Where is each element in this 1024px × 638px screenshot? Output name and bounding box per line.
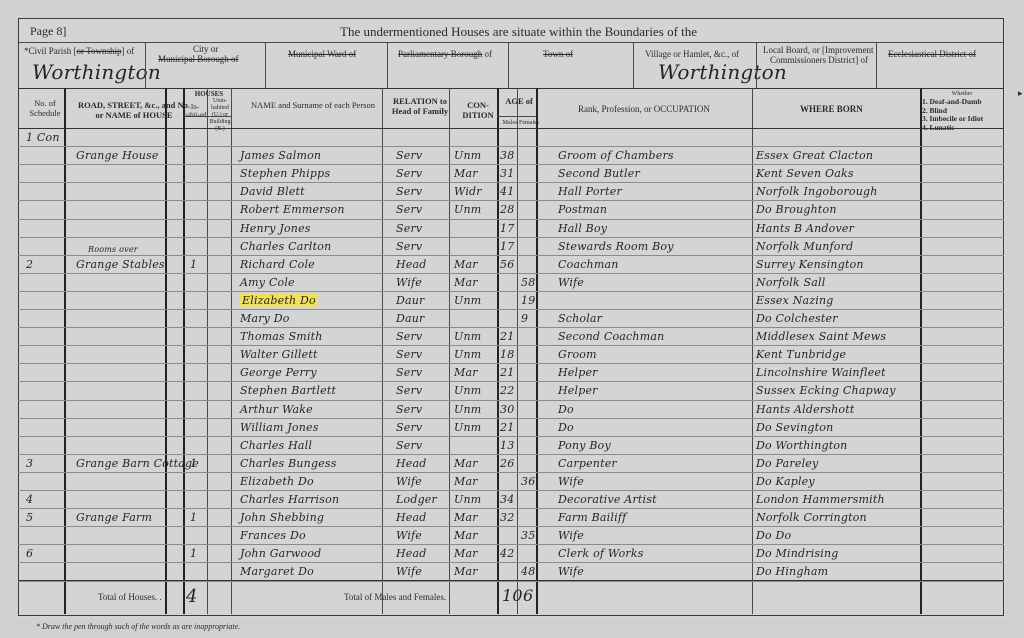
cell-relation: Serv xyxy=(396,421,422,434)
cell-inhabited: 1 xyxy=(190,547,197,560)
cell-name: Stephen Phipps xyxy=(240,167,330,180)
column-divider xyxy=(382,88,383,614)
cell-relation: Daur xyxy=(396,312,425,325)
cell-male: 17 xyxy=(500,222,514,235)
col-header-born: WHERE BORN xyxy=(800,104,863,114)
cell-male: 28 xyxy=(500,203,514,216)
cell-relation: Head xyxy=(396,258,427,271)
cell-occupation: Helper xyxy=(558,384,598,397)
cell-relation: Serv xyxy=(396,348,422,361)
cell-schedule: 1 Con xyxy=(26,131,60,144)
cell-born: Essex Nazing xyxy=(756,294,834,307)
cell-born: Do Kapley xyxy=(756,475,815,488)
divider xyxy=(18,42,1004,43)
cell-male: 21 xyxy=(500,330,514,343)
row-rule xyxy=(18,472,1004,473)
village-label: Village or Hamlet, &c., of xyxy=(645,49,739,59)
col-header-males: Males xyxy=(501,119,519,127)
cell-relation: Serv xyxy=(396,185,422,198)
col-header-houses: HOUSES xyxy=(184,90,234,98)
row-rule xyxy=(18,381,1004,382)
cell-road: Grange Farm xyxy=(76,511,152,524)
cell-name: Robert Emmerson xyxy=(240,203,345,216)
cell-male: 42 xyxy=(500,547,514,560)
cell-male: 13 xyxy=(500,439,514,452)
cell-name: Charles Harrison xyxy=(240,493,339,506)
row-rule xyxy=(18,544,1004,545)
local-board-label-b: Commissioners District] of xyxy=(770,55,868,65)
cell-occupation: Groom of Chambers xyxy=(558,149,674,162)
cell-road: Grange House xyxy=(76,149,159,162)
row-rule xyxy=(18,508,1004,509)
cell-occupation: Pony Boy xyxy=(558,439,611,452)
cell-occupation: Wife xyxy=(558,276,584,289)
cell-born: Do Colchester xyxy=(756,312,838,325)
total-houses-value: 4 xyxy=(186,586,198,607)
column-divider xyxy=(536,88,538,614)
cell-occupation: Do xyxy=(558,421,574,434)
total-houses-label: Total of Houses. . xyxy=(98,592,162,602)
cell-road: Grange Stables xyxy=(76,258,165,271)
col-header-schedule: No. of Schedule xyxy=(22,98,68,118)
column-divider xyxy=(449,88,450,614)
cell-female: 19 xyxy=(521,294,535,307)
cell-schedule: 4 xyxy=(26,493,33,506)
cell-condition: Mar xyxy=(454,276,478,289)
cell-female: 36 xyxy=(521,475,535,488)
divider xyxy=(508,42,509,88)
cell-born: Do Worthington xyxy=(756,439,847,452)
cell-name: John Garwood xyxy=(240,547,321,560)
cell-condition: Mar xyxy=(454,475,478,488)
ecclesiastical-label: Ecclesiastical District of xyxy=(888,49,976,59)
cell-male: 41 xyxy=(500,185,514,198)
cell-relation: Head xyxy=(396,457,427,470)
cell-occupation: Carpenter xyxy=(558,457,617,470)
divider xyxy=(633,42,634,88)
cell-name: John Shebbing xyxy=(240,511,324,524)
cell-occupation: Wife xyxy=(558,475,584,488)
cell-occupation: Wife xyxy=(558,565,584,578)
cell-occupation: Second Coachman xyxy=(558,330,664,343)
cell-condition: Unm xyxy=(454,403,481,416)
cell-relation: Serv xyxy=(396,439,422,452)
cell-male: 56 xyxy=(500,258,514,271)
cell-relation: Serv xyxy=(396,330,422,343)
cell-inhabited: 1 xyxy=(190,258,197,271)
divider xyxy=(145,42,146,88)
cell-occupation: Postman xyxy=(558,203,607,216)
cell-relation: Serv xyxy=(396,240,422,253)
cell-occupation: Groom xyxy=(558,348,597,361)
cell-schedule: 3 xyxy=(26,457,33,470)
subheader-divider xyxy=(497,116,536,117)
row-rule xyxy=(18,164,1004,165)
cell-occupation: Hall Boy xyxy=(558,222,607,235)
city-label-a: City or xyxy=(193,44,218,54)
cell-male: 22 xyxy=(500,384,514,397)
cell-name: George Perry xyxy=(240,366,317,379)
total-persons-label: Total of Males and Females. . xyxy=(344,592,451,602)
cell-male: 34 xyxy=(500,493,514,506)
column-divider xyxy=(752,88,753,614)
cell-name: David Blett xyxy=(240,185,305,198)
ward-label: Municipal Ward of xyxy=(288,49,356,59)
page-title: The undermentioned Houses are situate wi… xyxy=(340,24,697,40)
cell-relation: Serv xyxy=(396,203,422,216)
col-header-name: NAME and Surname of each Person xyxy=(238,100,388,110)
cell-relation: Lodger xyxy=(396,493,437,506)
cell-female: 58 xyxy=(521,276,535,289)
cell-male: 30 xyxy=(500,403,514,416)
civil-parish-value: Worthington xyxy=(32,60,161,84)
row-rule xyxy=(18,273,1004,274)
cell-condition: Mar xyxy=(454,511,478,524)
cell-condition: Unm xyxy=(454,348,481,361)
cell-road: Rooms over xyxy=(88,245,138,254)
cell-condition: Mar xyxy=(454,366,478,379)
row-rule xyxy=(18,200,1004,201)
row-rule xyxy=(18,418,1004,419)
cell-born: Sussex Ecking Chapway xyxy=(756,384,896,397)
page-number: 8] xyxy=(56,24,66,38)
cell-born: Norfolk Munford xyxy=(756,240,853,253)
parliamentary-label-b: of xyxy=(484,49,492,59)
cell-relation: Wife xyxy=(396,475,422,488)
cell-male: 31 xyxy=(500,167,514,180)
cell-condition: Unm xyxy=(454,421,481,434)
cell-relation: Serv xyxy=(396,149,422,162)
row-rule xyxy=(18,255,1004,256)
cell-born: Do Mindrising xyxy=(756,547,839,560)
cell-name: William Jones xyxy=(240,421,319,434)
total-males-value: 10 xyxy=(502,586,523,605)
cell-name: Walter Gillett xyxy=(240,348,318,361)
cell-name: Henry Jones xyxy=(240,222,311,235)
cell-male: 32 xyxy=(500,511,514,524)
cell-occupation: Coachman xyxy=(558,258,619,271)
divider xyxy=(756,42,757,88)
cell-born: Kent Tunbridge xyxy=(756,348,846,361)
cell-born: Lincolnshire Wainfleet xyxy=(756,366,886,379)
cell-condition: Mar xyxy=(454,565,478,578)
civil-parish-label-b: ] of xyxy=(121,46,134,56)
cell-name: Charles Hall xyxy=(240,439,312,452)
cell-relation: Wife xyxy=(396,565,422,578)
cell-female: 48 xyxy=(521,565,535,578)
cell-name: James Salmon xyxy=(240,149,321,162)
row-rule xyxy=(18,146,1004,147)
cell-relation: Head xyxy=(396,547,427,560)
cell-relation: Head xyxy=(396,511,427,524)
divider xyxy=(18,580,1004,581)
col-header-age: AGE of xyxy=(501,96,537,106)
column-divider xyxy=(207,88,208,614)
cell-road: Grange Barn Cottage xyxy=(76,457,199,470)
row-rule xyxy=(18,562,1004,563)
row-rule xyxy=(18,219,1004,220)
cell-relation: Serv xyxy=(396,222,422,235)
cell-born: London Hammersmith xyxy=(756,493,885,506)
col-header-inhabited: In-habit-ed xyxy=(183,103,207,119)
col-header-condition: CON-DITION xyxy=(458,100,498,120)
city-label-b: Municipal Borough of xyxy=(158,54,239,64)
cell-condition: Mar xyxy=(454,167,478,180)
cell-relation: Wife xyxy=(396,276,422,289)
page-marker-icon: ▸ xyxy=(1018,88,1023,99)
cell-relation: Serv xyxy=(396,403,422,416)
divider xyxy=(18,128,1004,129)
cell-male: 17 xyxy=(500,240,514,253)
cell-occupation: Second Butler xyxy=(558,167,640,180)
cell-condition: Mar xyxy=(454,258,478,271)
cell-name: Elizabeth Do xyxy=(240,475,314,488)
column-divider xyxy=(920,88,922,614)
cell-occupation: Wife xyxy=(558,529,584,542)
cell-born: Kent Seven Oaks xyxy=(756,167,854,180)
cell-name: Charles Carlton xyxy=(240,240,331,253)
cell-relation: Daur xyxy=(396,294,425,307)
cell-male: 21 xyxy=(500,421,514,434)
cell-relation: Serv xyxy=(396,167,422,180)
cell-female: 35 xyxy=(521,529,535,542)
cell-name: Mary Do xyxy=(240,312,290,325)
column-divider xyxy=(497,88,499,614)
column-divider xyxy=(517,88,518,614)
village-value: Worthington xyxy=(658,60,787,84)
col-header-whether: Whether 1. Deaf-and-Dumb2. Blind3. Imbec… xyxy=(922,90,1002,132)
column-divider xyxy=(165,88,167,614)
divider xyxy=(265,42,266,88)
page-label-text: Page xyxy=(30,24,53,38)
cell-female: 9 xyxy=(521,312,528,325)
cell-occupation: Scholar xyxy=(558,312,602,325)
cell-condition: Widr xyxy=(454,185,482,198)
row-rule xyxy=(18,490,1004,491)
cell-born: Do Broughton xyxy=(756,203,837,216)
cell-born: Do Hingham xyxy=(756,565,828,578)
cell-condition: Mar xyxy=(454,547,478,560)
cell-inhabited: 1 xyxy=(190,511,197,524)
cell-name: Charles Bungess xyxy=(240,457,337,470)
cell-born: Essex Great Clacton xyxy=(756,149,873,162)
col-header-occupation: Rank, Profession, or OCCUPATION xyxy=(578,104,710,114)
cell-condition: Unm xyxy=(454,493,481,506)
column-divider xyxy=(183,88,185,614)
cell-occupation: Decorative Artist xyxy=(558,493,657,506)
cell-schedule: 6 xyxy=(26,547,33,560)
cell-condition: Unm xyxy=(454,203,481,216)
row-rule xyxy=(18,363,1004,364)
cell-condition: Unm xyxy=(454,294,481,307)
cell-name: Amy Cole xyxy=(240,276,295,289)
census-page: Page 8] The undermentioned Houses are si… xyxy=(18,18,1006,618)
cell-name: Margaret Do xyxy=(240,565,314,578)
cell-inhabited: 1 xyxy=(190,457,197,470)
cell-born: Surrey Kensington xyxy=(756,258,864,271)
col-header-road: ROAD, STREET, &c., and No. or NAME of HO… xyxy=(74,100,194,120)
cell-condition: Mar xyxy=(454,457,478,470)
cell-condition: Unm xyxy=(454,330,481,343)
row-rule xyxy=(18,309,1004,310)
cell-name: Richard Cole xyxy=(240,258,315,271)
page-label: Page 8] xyxy=(30,24,66,39)
cell-occupation: Do xyxy=(558,403,574,416)
cell-born: Middlesex Saint Mews xyxy=(756,330,886,343)
cell-relation: Wife xyxy=(396,529,422,542)
cell-male: 26 xyxy=(500,457,514,470)
cell-born: Do Pareley xyxy=(756,457,818,470)
town-label: Town of xyxy=(543,49,573,59)
col-header-females: Females xyxy=(519,119,537,127)
column-divider xyxy=(231,88,232,614)
cell-schedule: 2 xyxy=(26,258,33,271)
cell-condition: Unm xyxy=(454,149,481,162)
cell-born: Do Do xyxy=(756,529,791,542)
cell-relation: Serv xyxy=(396,366,422,379)
column-divider xyxy=(64,88,66,614)
col-header-relation: RELATION to Head of Family xyxy=(388,96,452,116)
divider xyxy=(387,42,388,88)
row-rule xyxy=(18,526,1004,527)
cell-born: Do Sevington xyxy=(756,421,833,434)
cell-occupation: Hall Porter xyxy=(558,185,622,198)
cell-male: 18 xyxy=(500,348,514,361)
cell-name: Elizabeth Do xyxy=(240,294,318,307)
row-rule xyxy=(18,291,1004,292)
footnote: * Draw the pen through such of the words… xyxy=(36,622,240,631)
civil-parish-label: *Civil Parish [ xyxy=(24,46,77,56)
cell-relation: Serv xyxy=(396,384,422,397)
cell-born: Hants Aldershott xyxy=(756,403,854,416)
cell-name: Frances Do xyxy=(240,529,306,542)
total-females-value: 6 xyxy=(523,586,533,605)
cell-born: Hants B Andover xyxy=(756,222,854,235)
row-rule xyxy=(18,237,1004,238)
cell-born: Norfolk Corrington xyxy=(756,511,867,524)
cell-occupation: Stewards Room Boy xyxy=(558,240,674,253)
cell-condition: Unm xyxy=(454,384,481,397)
cell-name: Stephen Bartlett xyxy=(240,384,336,397)
parliamentary-label: Parliamentary Borough xyxy=(398,49,482,59)
cell-condition: Mar xyxy=(454,529,478,542)
cell-born: Norfolk Sall xyxy=(756,276,825,289)
cell-schedule: 5 xyxy=(26,511,33,524)
civil-parish-struck: or Township xyxy=(77,46,122,56)
row-rule xyxy=(18,454,1004,455)
cell-born: Norfolk Ingoborough xyxy=(756,185,878,198)
cell-occupation: Farm Bailiff xyxy=(558,511,626,524)
local-board-label-a: Local Board, or [Improvement xyxy=(763,45,873,55)
row-rule xyxy=(18,327,1004,328)
cell-male: 38 xyxy=(500,149,514,162)
cell-name: Thomas Smith xyxy=(240,330,323,343)
cell-name: Arthur Wake xyxy=(240,403,313,416)
cell-male: 21 xyxy=(500,366,514,379)
row-rule xyxy=(18,400,1004,401)
cell-occupation: Clerk of Works xyxy=(558,547,644,560)
row-rule xyxy=(18,436,1004,437)
row-rule xyxy=(18,182,1004,183)
cell-occupation: Helper xyxy=(558,366,598,379)
row-rule xyxy=(18,345,1004,346)
divider xyxy=(876,42,877,88)
